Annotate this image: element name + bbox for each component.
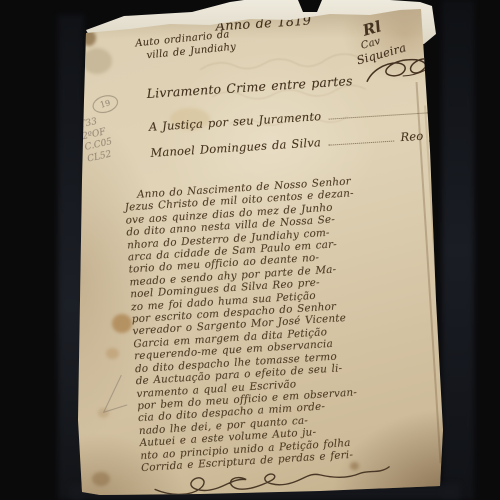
- manuscript-page: Anno de 1819 Auto ordinario da villa de …: [74, 4, 450, 500]
- page-content: Anno de 1819 Auto ordinario da villa de …: [62, 0, 468, 500]
- scanned-manuscript: Anno de 1819 Auto ordinario da villa de …: [0, 0, 500, 500]
- pencil-circled-number: 19: [90, 92, 120, 115]
- archival-codes: T332ºOFC.C05CL52: [79, 115, 116, 166]
- dotted-leader: [328, 133, 394, 146]
- body-paragraph: Anno do Nascimento de Nosso SenhorJezus …: [124, 172, 423, 474]
- pencil-triangle-mark: [93, 372, 136, 418]
- scanner-shadow-right: [442, 0, 474, 500]
